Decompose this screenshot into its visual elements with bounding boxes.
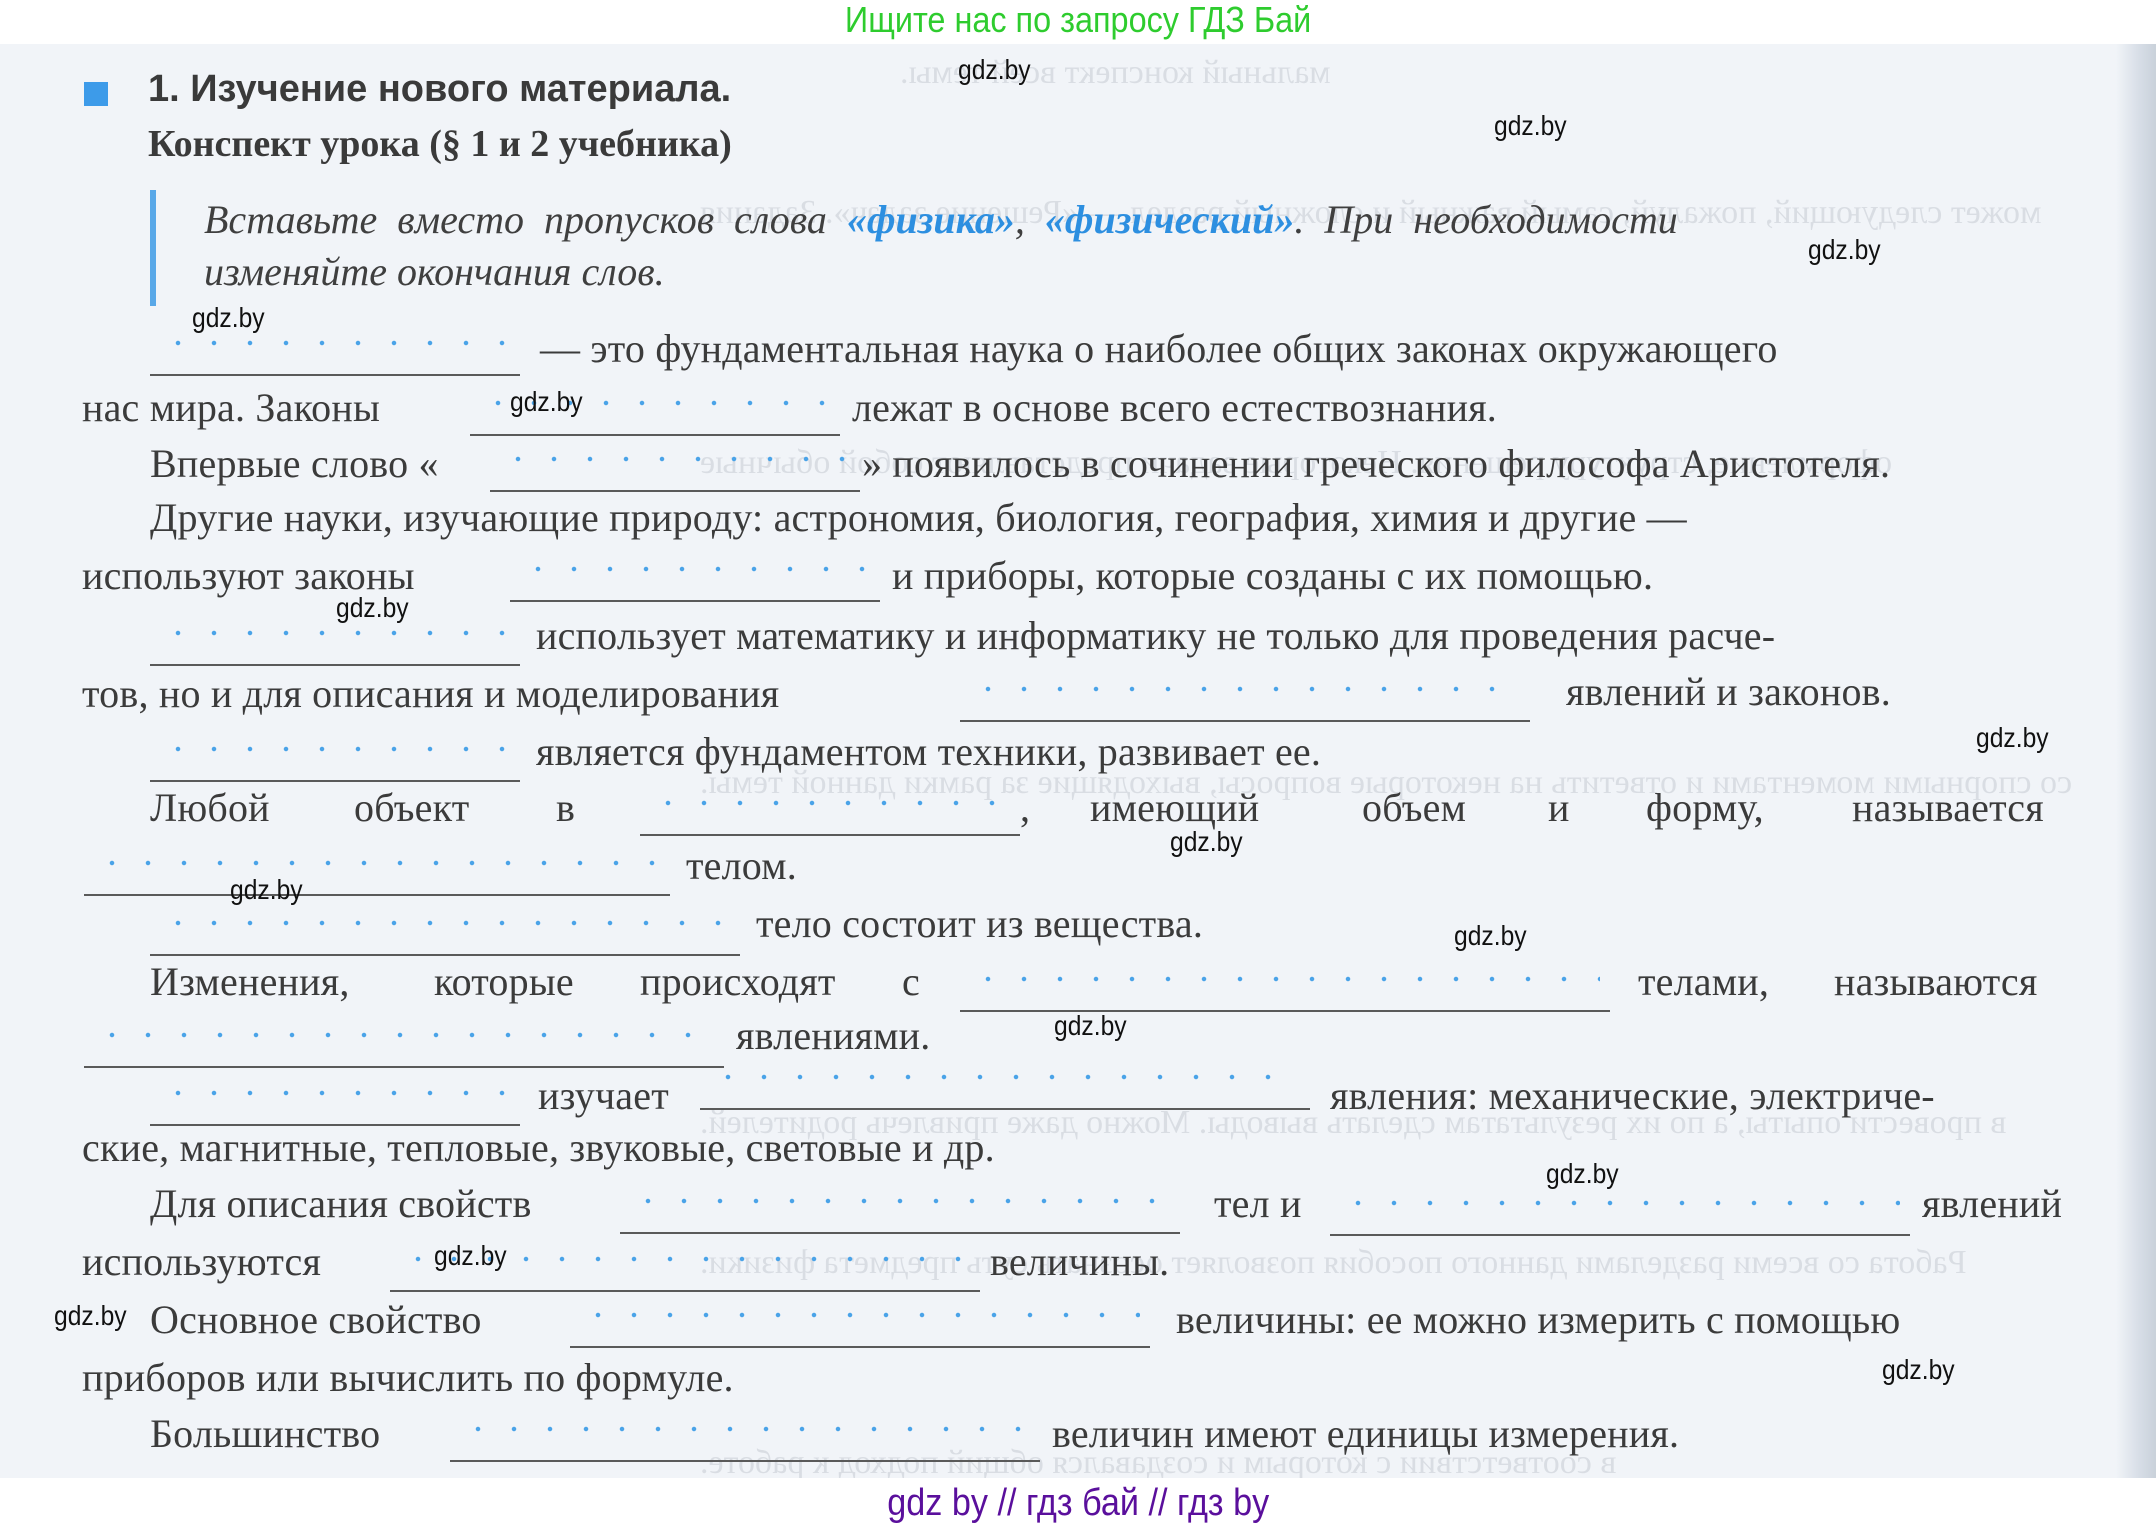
watermark: gdz.by xyxy=(54,1300,127,1332)
section-heading: 1. Изучение нового материала. xyxy=(148,68,731,111)
text-line-11: тело состоит из вещества. xyxy=(756,900,1203,947)
text-line-17b: величины. xyxy=(990,1238,1169,1285)
text-line-2b: лежат в основе всего естествознания. xyxy=(852,384,1497,431)
text-line-9h: форму, xyxy=(1646,784,1764,831)
instruction-line-2: изменяйте окончания слов. xyxy=(204,248,665,295)
text-line-3a: Впервые слово « xyxy=(150,440,439,487)
page-edge-shadow xyxy=(2116,44,2156,1478)
footer-banner: gdz by // гдз бай // гдз by xyxy=(0,1478,2156,1534)
text-line-18a: Основное свойство xyxy=(150,1296,482,1343)
answer-blank-15[interactable] xyxy=(620,1188,1180,1234)
answer-blank-19[interactable] xyxy=(450,1416,1040,1462)
answer-blank-7[interactable] xyxy=(150,736,520,782)
text-line-12d: с xyxy=(902,958,920,1005)
keyword-physics: «физика» xyxy=(847,197,1015,242)
banner-text: Ищите нас по запросу ГДЗ Бай xyxy=(845,0,1311,40)
text-line-7a: тов, но и для описания и моделирования xyxy=(82,670,779,717)
text-line-12c: происходят xyxy=(640,958,836,1005)
text-line-7b: явлений и законов. xyxy=(1566,668,1891,715)
watermark: gdz.by xyxy=(1546,1158,1619,1190)
text-line-9f: объем xyxy=(1362,784,1466,831)
text-line-9i: называется xyxy=(1852,784,2044,831)
text-line-15: ские, магнитные, тепловые, звуковые, све… xyxy=(82,1124,995,1171)
text-line-16c: явлений xyxy=(1922,1180,2062,1227)
text-line-9b: объект xyxy=(354,784,469,831)
watermark: gdz.by xyxy=(1170,826,1243,858)
text-line-5b: и приборы, которые созданы с их помощью. xyxy=(892,552,1653,599)
watermark: gdz.by xyxy=(1808,234,1881,266)
text-line-18b: величины: ее можно измерить с помощью xyxy=(1176,1296,1900,1343)
text-line-20a: Большинство xyxy=(150,1410,380,1457)
watermark: gdz.by xyxy=(510,386,583,418)
text-line-10: телом. xyxy=(686,842,797,889)
watermark: gdz.by xyxy=(192,302,265,334)
text-line-3b: » появилось в сочинении греческого филос… xyxy=(862,440,1890,487)
watermark: gdz.by xyxy=(230,874,303,906)
text-line-14b: явления: механические, электриче- xyxy=(1330,1072,1935,1119)
answer-blank-3[interactable] xyxy=(490,446,860,492)
text-line-2a: нас мира. Законы xyxy=(82,384,380,431)
text-line-12e: телами, xyxy=(1638,958,1769,1005)
watermark: gdz.by xyxy=(1882,1354,1955,1386)
watermark: gdz.by xyxy=(1494,110,1567,142)
watermark: gdz.by xyxy=(958,54,1031,86)
text-line-17a: используются xyxy=(82,1238,321,1285)
section-subheading: Конспект урока (§ 1 и 2 учебника) xyxy=(148,122,732,166)
keyword-physical: «физический» xyxy=(1045,197,1294,242)
text-line-9a: Любой xyxy=(150,784,270,831)
watermark: gdz.by xyxy=(1454,920,1527,952)
answer-blank-1[interactable] xyxy=(150,330,520,376)
answer-blank-10[interactable] xyxy=(150,910,740,956)
text-line-16a: Для описания свойств xyxy=(150,1180,532,1227)
text-line-9c: в xyxy=(556,784,575,831)
footer-text: gdz by // гдз бай // гдз by xyxy=(887,1478,1269,1528)
instruction-line-1: Вставьте вместо пропусков слова «физика»… xyxy=(204,196,1678,243)
text-line-20b: величин имеют единицы измерения. xyxy=(1052,1410,1679,1457)
watermark: gdz.by xyxy=(1976,722,2049,754)
search-banner: Ищите нас по запросу ГДЗ Бай xyxy=(0,0,2156,44)
text-line-1: — это фундаментальная наука о наиболее о… xyxy=(540,325,1778,372)
text-line-4: Другие науки, изучающие природу: астроно… xyxy=(150,494,1687,541)
text-line-8: является фундаментом техники, развивает … xyxy=(536,728,1321,775)
answer-blank-4[interactable] xyxy=(510,556,880,602)
text-line-9g: и xyxy=(1548,784,1570,831)
answer-blank-14[interactable] xyxy=(700,1064,1310,1110)
section-marker-icon xyxy=(84,82,108,106)
watermark: gdz.by xyxy=(1054,1010,1127,1042)
text-line-6: использует математику и информатику не т… xyxy=(536,612,1775,659)
watermark: gdz.by xyxy=(336,592,409,624)
answer-blank-8[interactable] xyxy=(640,790,1020,836)
instruction-bar xyxy=(150,190,156,306)
text-line-12f: называются xyxy=(1834,958,2037,1005)
answer-blank-5[interactable] xyxy=(150,620,520,666)
text-line-12b: которые xyxy=(434,958,574,1005)
answer-blank-12[interactable] xyxy=(84,1022,724,1068)
answer-blank-18[interactable] xyxy=(570,1302,1150,1348)
text-line-19: приборов или вычислить по формуле. xyxy=(82,1354,734,1401)
text-line-16b: тел и xyxy=(1214,1180,1302,1227)
answer-blank-6[interactable] xyxy=(960,676,1530,722)
text-line-9e: имеющий xyxy=(1090,784,1259,831)
watermark: gdz.by xyxy=(434,1240,507,1272)
text-line-9d: , xyxy=(1020,784,1030,831)
text-line-12a: Изменения, xyxy=(150,958,350,1005)
answer-blank-9[interactable] xyxy=(84,850,670,896)
text-line-13: явлениями. xyxy=(736,1012,930,1059)
answer-blank-11[interactable] xyxy=(960,966,1610,1012)
answer-blank-13[interactable] xyxy=(150,1080,520,1126)
answer-blank-16[interactable] xyxy=(1330,1190,1910,1236)
text-line-14a: изучает xyxy=(538,1072,669,1119)
